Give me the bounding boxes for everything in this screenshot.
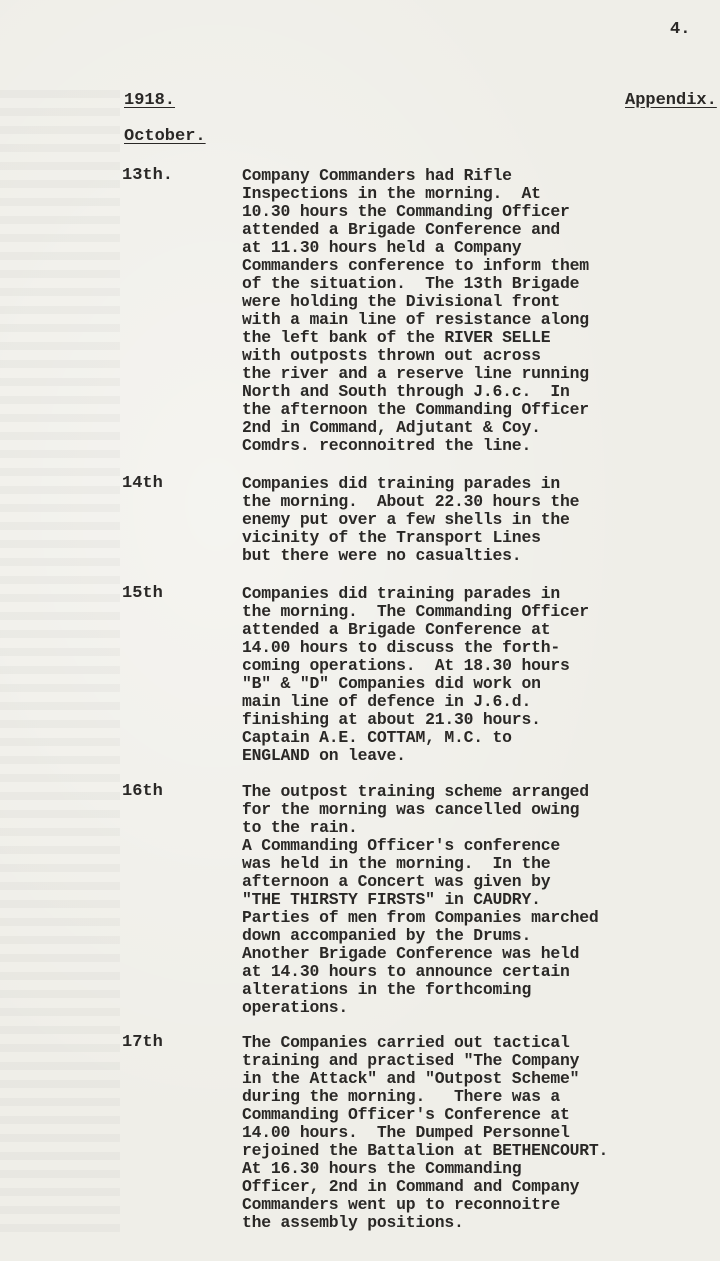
appendix-heading: Appendix. [625, 91, 717, 110]
entry-date: 13th. [122, 167, 173, 185]
entry-text: The Companies carried out tactical train… [242, 1034, 712, 1232]
entry-text: The outpost training scheme arranged for… [242, 783, 712, 1017]
entry-date: 16th [122, 783, 163, 801]
entry-date: 17th [122, 1034, 163, 1052]
entry-text: Companies did training parades in the mo… [242, 585, 712, 765]
month-heading: October. [124, 127, 206, 146]
entry-text: Companies did training parades in the mo… [242, 475, 712, 565]
bleed-through-shadow [0, 90, 120, 1240]
typewritten-page: 4. 1918. Appendix. October. 13th. Compan… [0, 0, 720, 1261]
entry-date: 14th [122, 475, 163, 493]
entry-text: Company Commanders had Rifle Inspections… [242, 167, 712, 455]
page-number: 4. [670, 20, 690, 39]
entry-date: 15th [122, 585, 163, 603]
year-heading: 1918. [124, 91, 175, 110]
